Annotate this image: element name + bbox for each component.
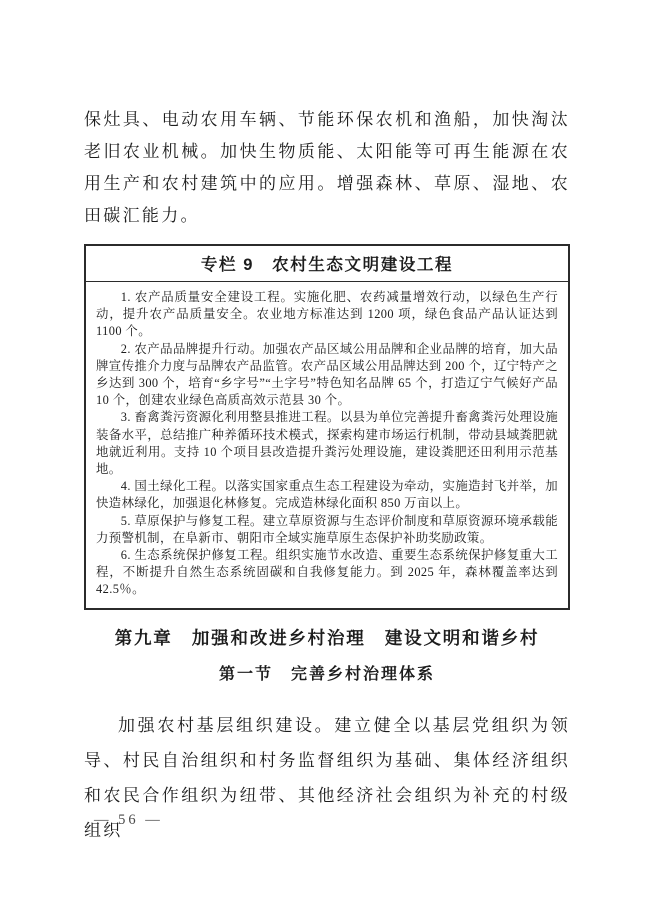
box-item-6: 6. 生态系统保护修复工程。组织实施节水改造、重要生态系统保护修复重大工程，不断… [96,547,558,599]
box-item-5: 5. 草原保护与修复工程。建立草原资源与生态评价制度和草原资源环境承载能力预警机… [96,513,558,547]
box-item-4: 4. 国土绿化工程。以落实国家重点生态工程建设为牵动，实施造封飞并举，加快造林绿… [96,478,558,512]
box-item-2: 2. 农产品品牌提升行动。加强农产品区域公用品牌和企业品牌的培育，加大品牌宣传推… [96,341,558,410]
page-number: — 56 — [94,812,163,829]
document-page: 保灶具、电动农用车辆、节能环保农机和渔船，加快淘汰老旧农业机械。加快生物质能、太… [0,0,650,919]
paragraph-top: 保灶具、电动农用车辆、节能环保农机和渔船，加快淘汰老旧农业机械。加快生物质能、太… [84,104,570,232]
column-box-title: 专栏 9 农村生态文明建设工程 [86,246,568,282]
box-item-3: 3. 畜禽粪污资源化利用整县推进工程。以县为单位完善提升畜禽粪污处理设施装备水平… [96,409,558,478]
column-box-body: 1. 农产品质量安全建设工程。实施化肥、农药减量增效行动，以绿色生产行动，提升农… [86,282,568,608]
chapter-heading: 第九章 加强和改进乡村治理 建设文明和谐乡村 [84,625,570,650]
box-item-1: 1. 农产品质量安全建设工程。实施化肥、农药减量增效行动，以绿色生产行动，提升农… [96,289,558,341]
column-9-box: 专栏 9 农村生态文明建设工程 1. 农产品质量安全建设工程。实施化肥、农药减量… [84,244,570,610]
section-heading: 第一节 完善乡村治理体系 [84,661,570,684]
